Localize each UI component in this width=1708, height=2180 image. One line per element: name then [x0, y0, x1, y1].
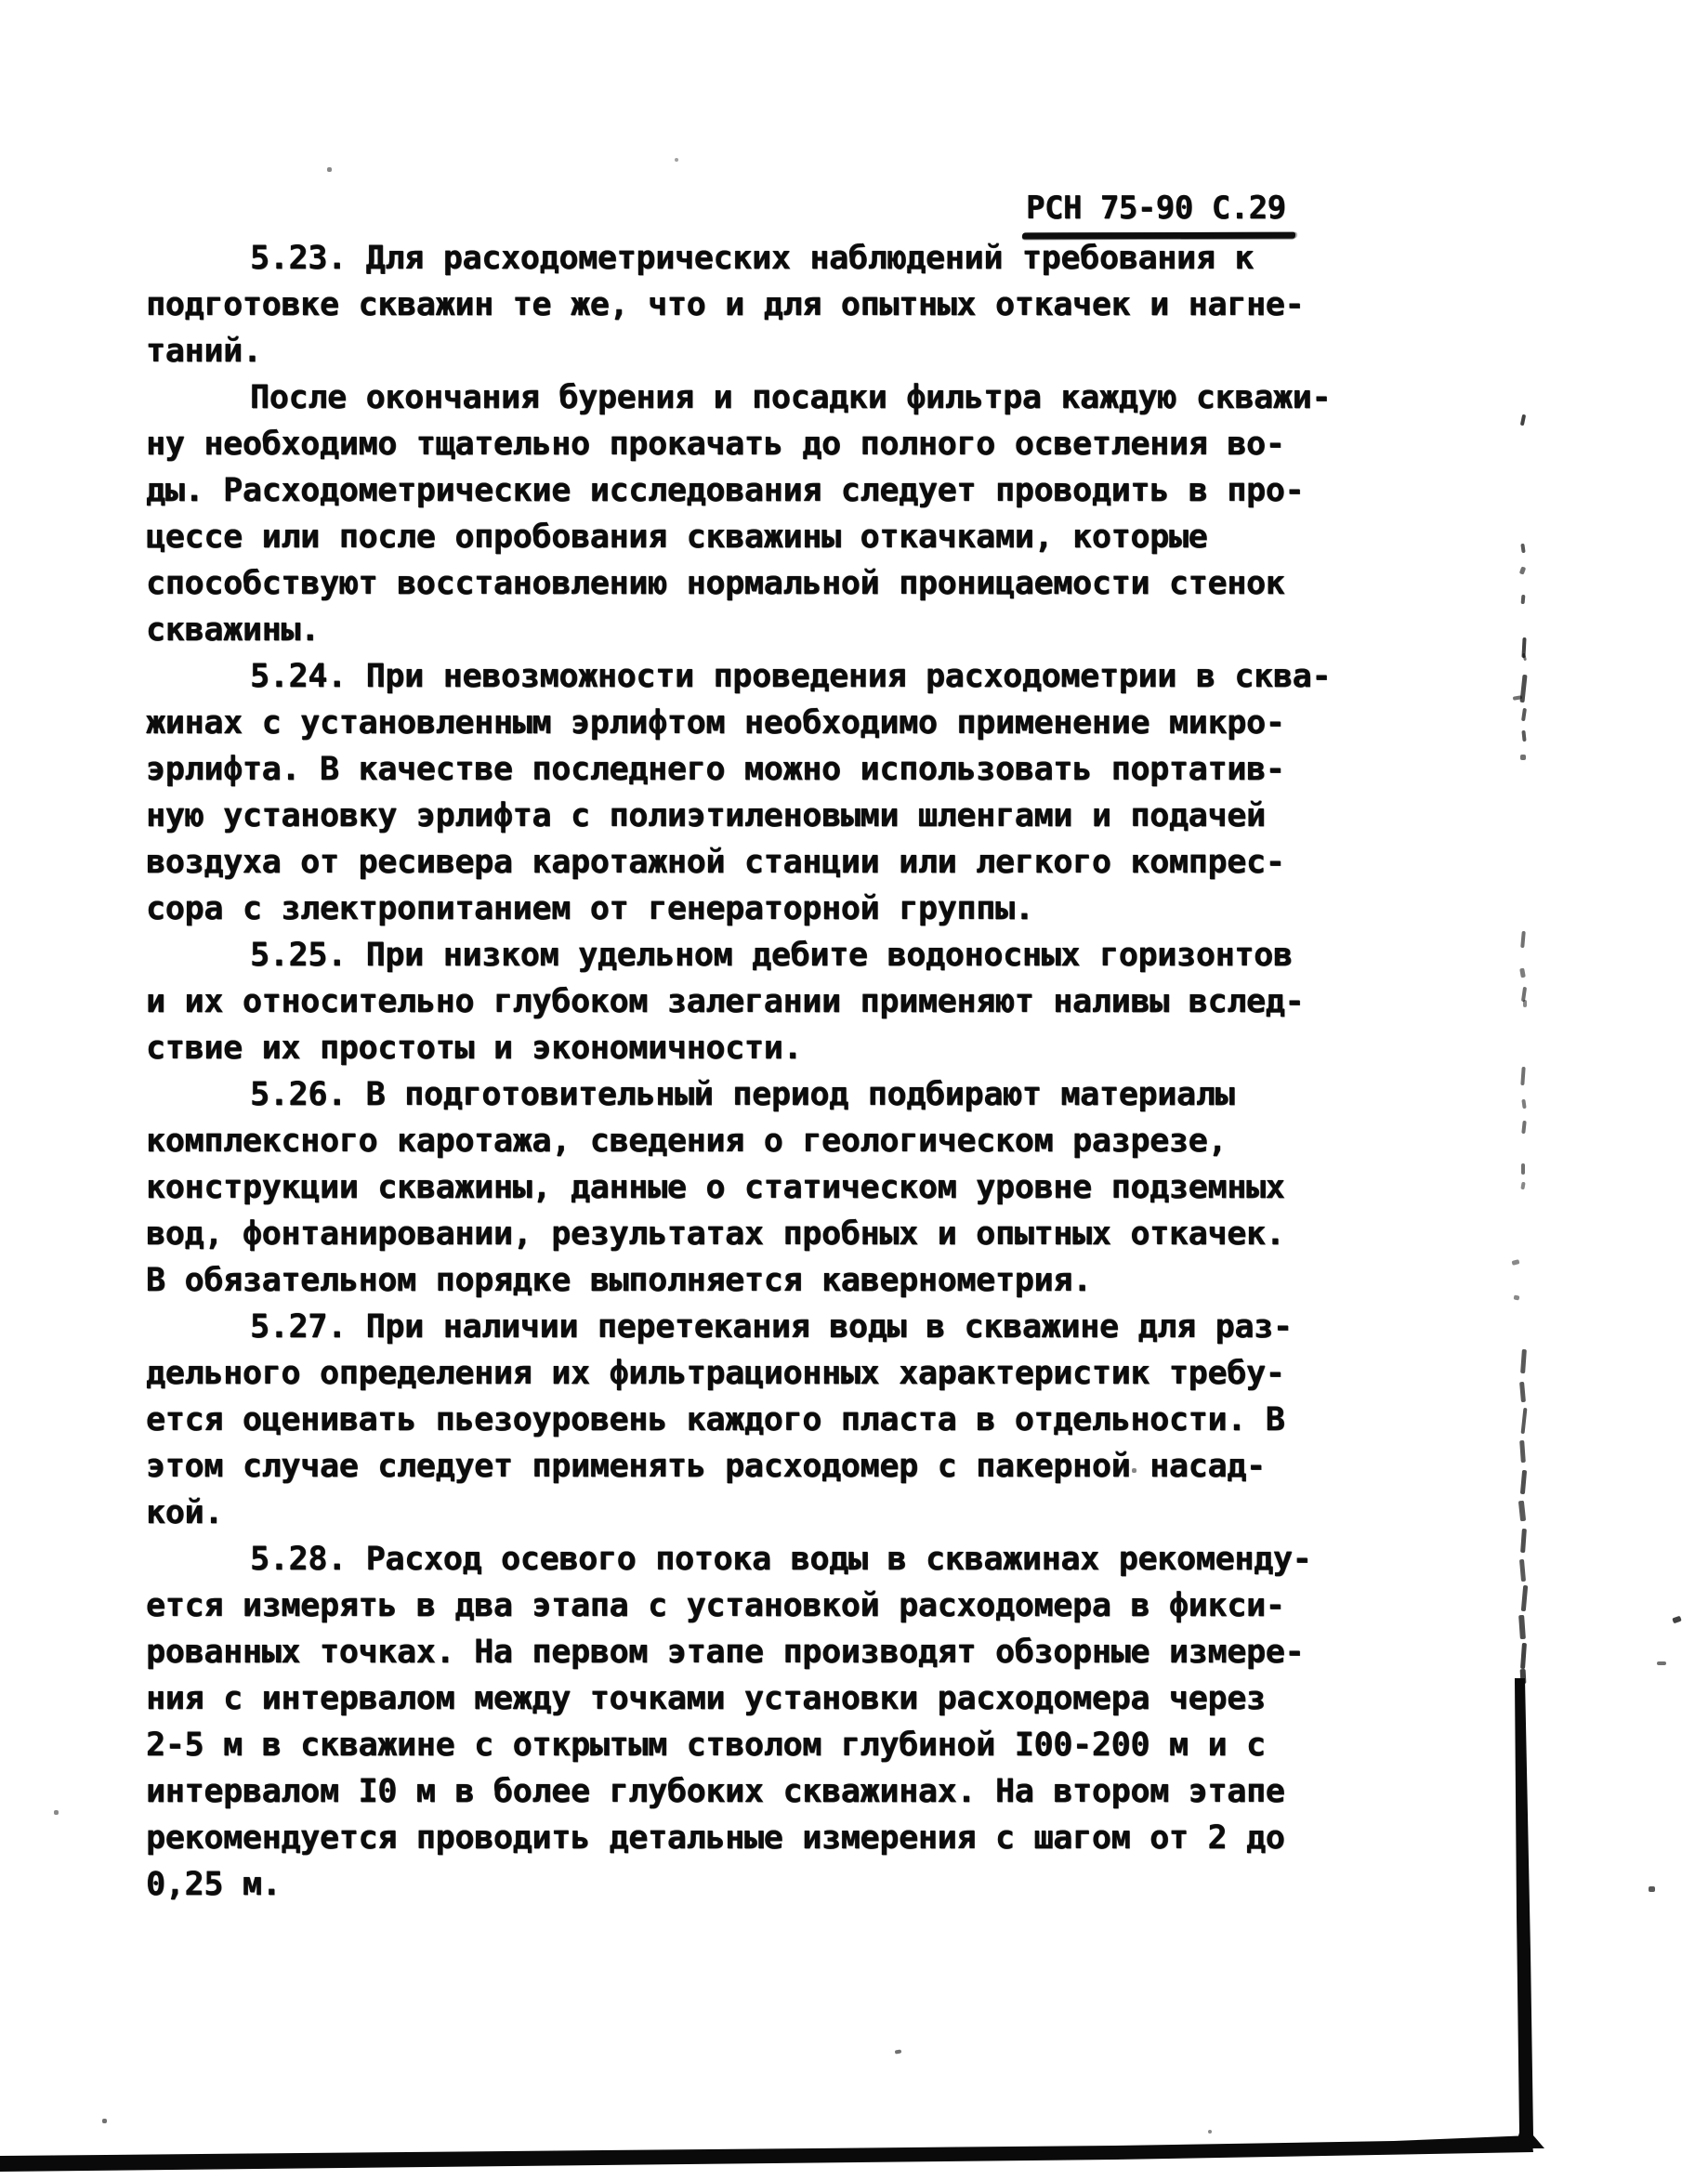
text-line: кой. — [146, 1490, 1540, 1536]
text-line: подготовке скважин те же, что и для опыт… — [146, 282, 1540, 328]
scan-speck — [895, 2049, 902, 2054]
text-line: скважины. — [146, 607, 1540, 653]
scan-speck — [675, 158, 678, 162]
scan-speck — [1523, 1000, 1527, 1007]
scan-speck — [1208, 2130, 1212, 2134]
text-line: ствие их простоты и экономичности. — [146, 1025, 1540, 1071]
text-line: 0,25 м. — [146, 1861, 1540, 1908]
paragraph-5.26: 5.26. В подготовительный период подбираю… — [146, 1071, 1540, 1304]
scan-speck — [1672, 1616, 1682, 1624]
text-line: ды. Расходометрические исследования след… — [146, 467, 1540, 514]
text-line: 5.23. Для расходометрических наблюдений … — [146, 235, 1540, 282]
text-line: вод, фонтанировании, результатах пробных… — [146, 1211, 1540, 1257]
scan-speck — [1649, 1886, 1655, 1892]
text-line: ну необходимо тщательно прокачать до пол… — [146, 421, 1540, 467]
text-line: ния с интервалом между точками установки… — [146, 1675, 1540, 1722]
text-line: В обязательном порядке выполняется кавер… — [146, 1257, 1540, 1304]
text-line: конструкции скважины, данные о статическ… — [146, 1164, 1540, 1211]
document-text-body: 5.23. Для расходометрических наблюдений … — [146, 235, 1540, 1908]
text-line: эрлифта. В качестве последнего можно исп… — [146, 746, 1540, 793]
text-line: рованных точках. На первом этапе произво… — [146, 1629, 1540, 1675]
scan-speck — [1520, 755, 1526, 760]
scan-bar-bottom — [0, 2135, 1533, 2172]
text-line: ную установку эрлифта с полиэтиленовыми … — [146, 793, 1540, 839]
scan-speck — [54, 1810, 59, 1815]
paragraph-5.24: 5.24. При невозможности проведения расхо… — [146, 653, 1540, 932]
text-line: 5.25. При низком удельном дебите водонос… — [146, 932, 1540, 978]
text-line: интервалом I0 м в более глубоких скважин… — [146, 1768, 1540, 1815]
scan-speck — [1521, 1163, 1525, 1175]
text-line: ется оценивать пьезоуровень каждого плас… — [146, 1397, 1540, 1443]
text-line: жинах с установленным эрлифтом необходим… — [146, 700, 1540, 746]
text-line: цессе или после опробования скважины отк… — [146, 514, 1540, 560]
scan-speck — [102, 2119, 107, 2123]
text-line: 5.28. Расход осевого потока воды в скваж… — [146, 1536, 1540, 1582]
text-line: способствуют восстановлению нормальной п… — [146, 560, 1540, 607]
text-line: комплексного каротажа, сведения о геолог… — [146, 1118, 1540, 1164]
text-line: таний. — [146, 328, 1540, 374]
paragraph-5.27: 5.27. При наличии перетекания воды в скв… — [146, 1304, 1540, 1536]
text-line: ется измерять в два этапа с установкой р… — [146, 1582, 1540, 1629]
scanned-document-page: РСН 75-90 С.29 5.23. Для расходометричес… — [0, 0, 1708, 2180]
text-line: 5.24. При невозможности проведения расхо… — [146, 653, 1540, 700]
text-line: После окончания бурения и посадки фильтр… — [146, 374, 1540, 421]
scan-speck — [1132, 1468, 1136, 1473]
paragraph-5.28: 5.28. Расход осевого потока воды в скваж… — [146, 1536, 1540, 1908]
document-code-header: РСН 75-90 С.29 — [1026, 190, 1286, 227]
scan-speck — [1520, 1669, 1527, 1684]
paragraph-5.23: 5.23. Для расходометрических наблюдений … — [146, 235, 1540, 374]
text-line: 5.27. При наличии перетекания воды в скв… — [146, 1304, 1540, 1350]
text-line: сора с злектропитанием от генераторной г… — [146, 886, 1540, 932]
scan-speck — [1514, 1295, 1520, 1301]
text-line: дельного определения их фильтрационных х… — [146, 1350, 1540, 1397]
paragraph-1: После окончания бурения и посадки фильтр… — [146, 374, 1540, 653]
scan-speck — [1657, 1661, 1666, 1665]
paragraph-5.25: 5.25. При низком удельном дебите водонос… — [146, 932, 1540, 1071]
text-line: этом случае следует применять расходомер… — [146, 1443, 1540, 1490]
text-line: рекомендуется проводить детальные измере… — [146, 1815, 1540, 1861]
text-line: 2-5 м в скважине с открытым стволом глуб… — [146, 1722, 1540, 1768]
text-line: и их относительно глубоком залегании при… — [146, 978, 1540, 1025]
text-line: 5.26. В подготовительный период подбираю… — [146, 1071, 1540, 1118]
scan-speck — [327, 167, 332, 172]
text-line: воздуха от ресивера каротажной станции и… — [146, 839, 1540, 886]
